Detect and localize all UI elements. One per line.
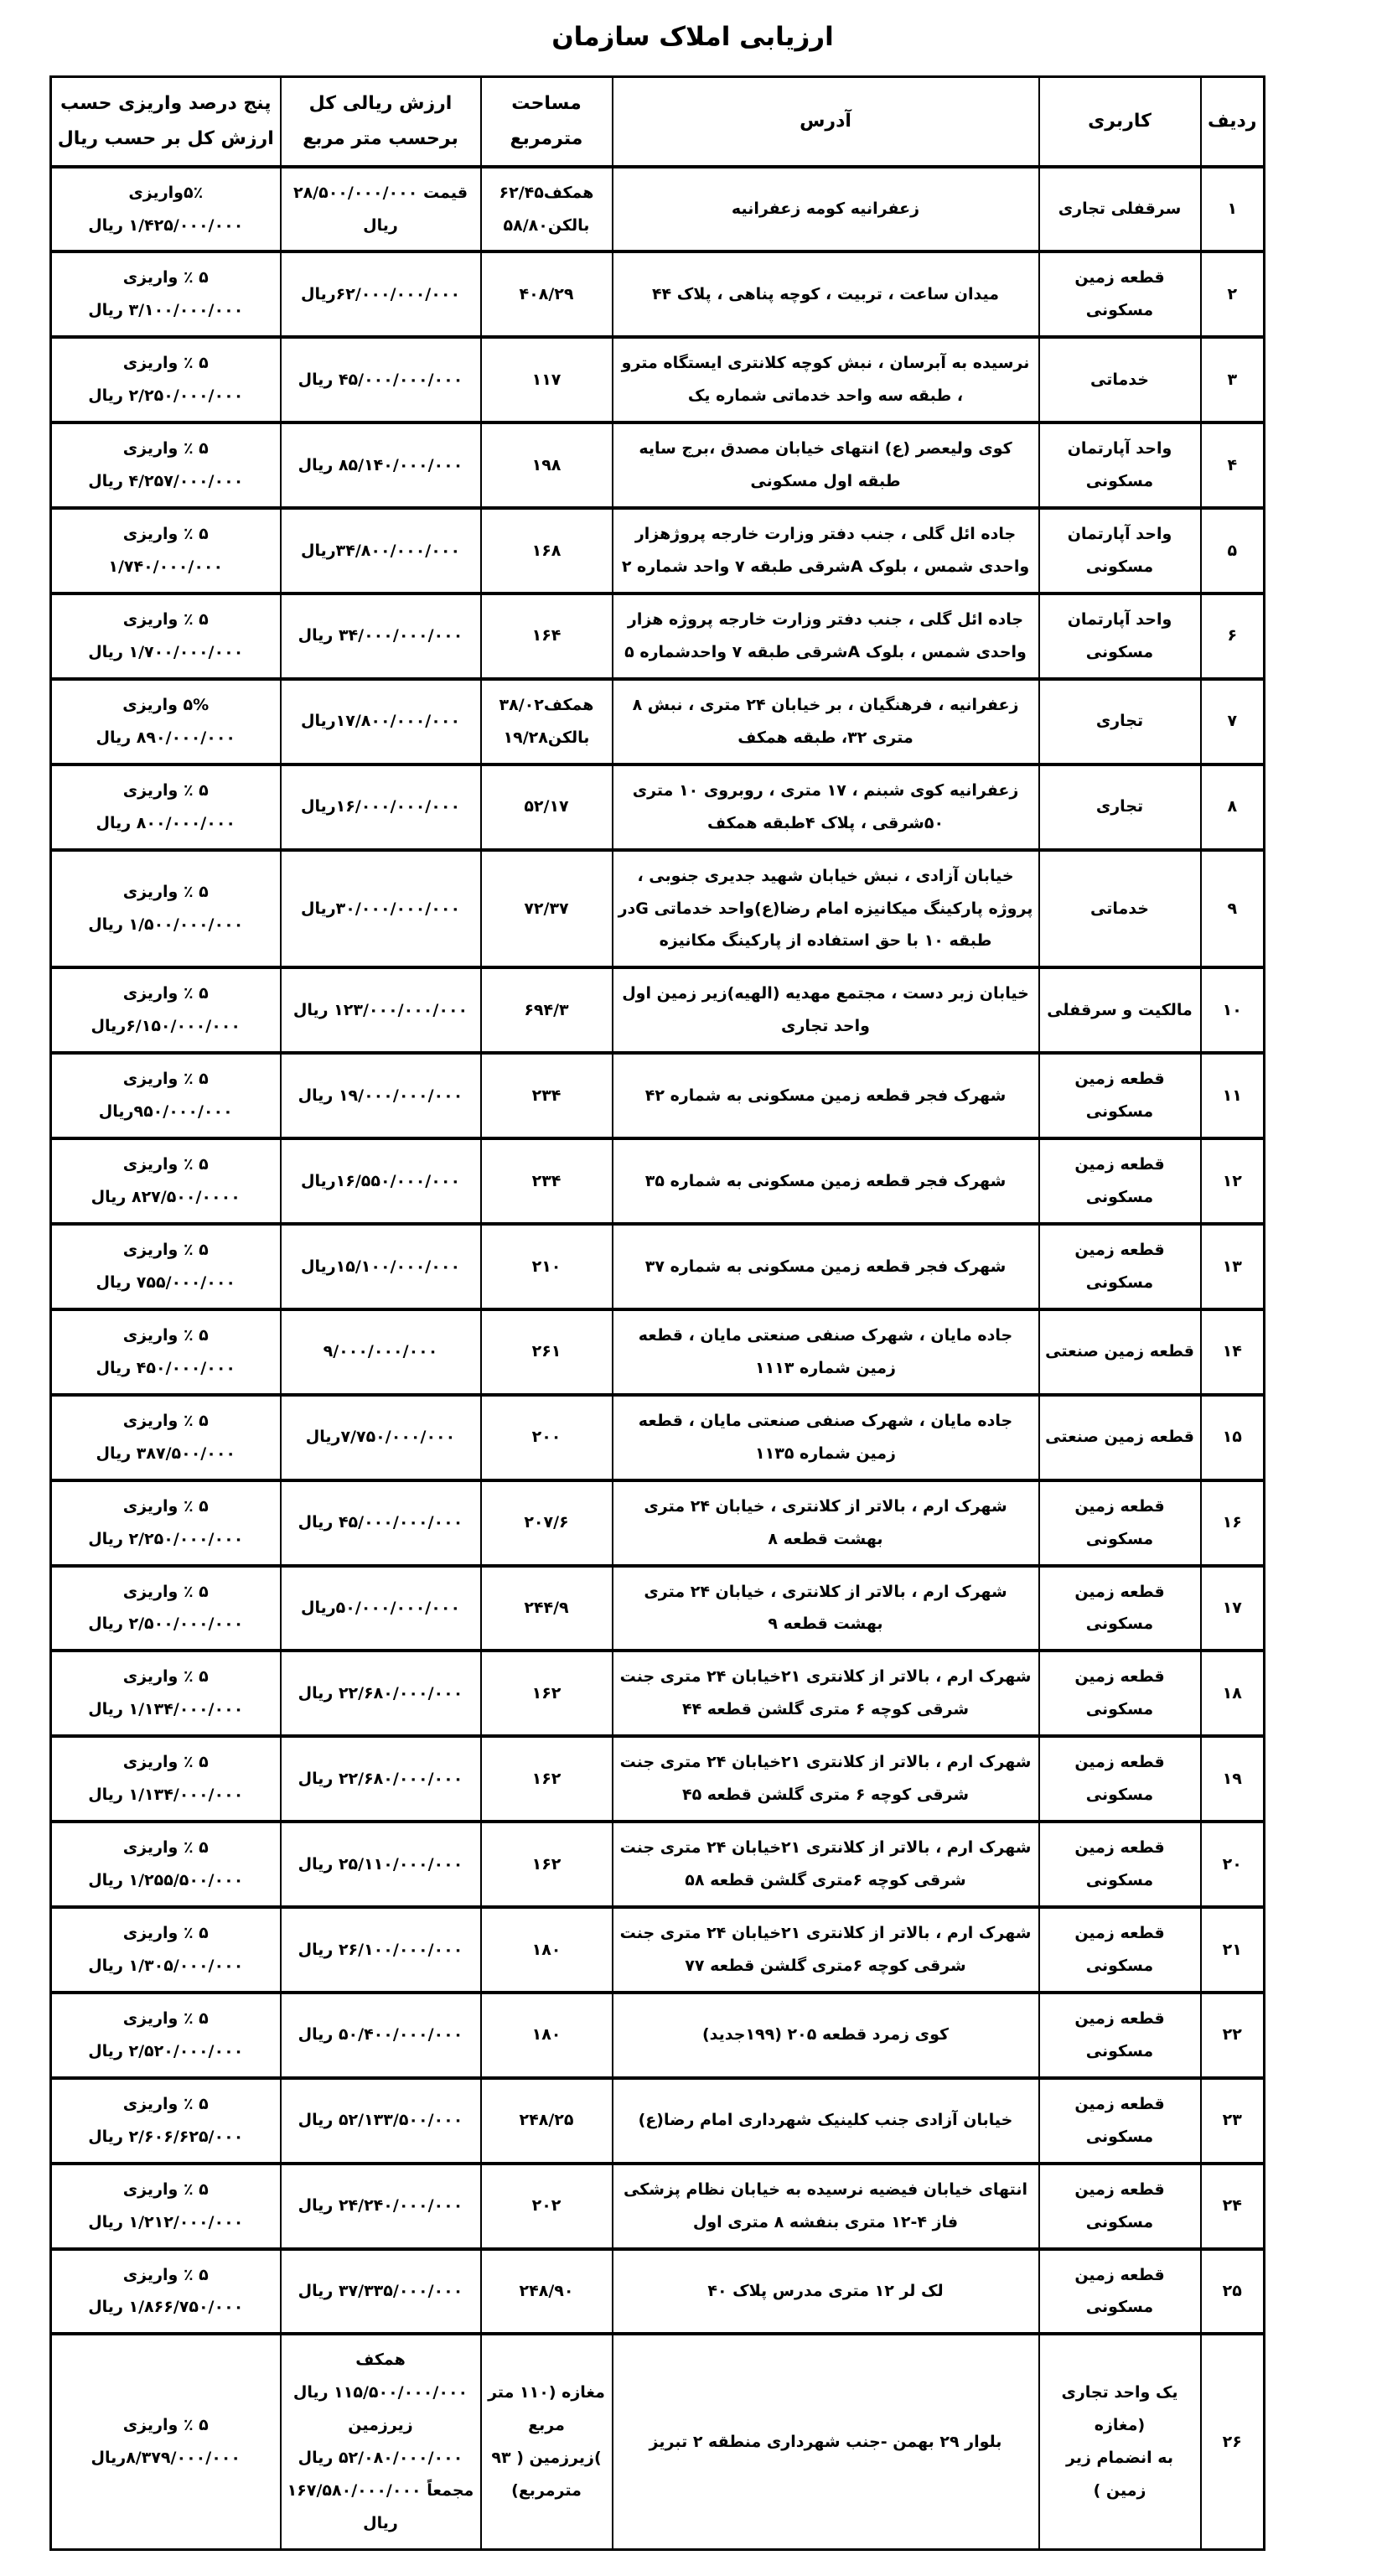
address-cell: شهرک ارم ، بالاتر از کلانتری ۲۱خیابان ۲۴… <box>613 1651 1039 1736</box>
usage-cell: قطعه زمین مسکونی <box>1039 251 1201 337</box>
header-row: ردیف کاربری آدرس مساحت مترمربع ارزش ریال… <box>51 77 1265 167</box>
total-value-cell: قیمت ۲۸/۵۰۰/۰۰۰/۰۰۰ ریال <box>281 167 481 252</box>
table-row: ۷ تجاری زعفرانیه ، فرهنگیان ، بر خیابان … <box>51 679 1265 765</box>
table-row: ۱۷ قطعه زمین مسکونی شهرک ارم ، بالاتر از… <box>51 1566 1265 1651</box>
deposit-cell: ۵ ٪ واریزی ۸۲۷/۵۰۰/۰۰۰۰ ریال <box>51 1138 281 1224</box>
address-cell: خیابان آزادی جنب کلینیک شهرداری امام رضا… <box>613 2078 1039 2164</box>
table-row: ۱۴ قطعه زمین صنعتی جاده مایان ، شهرک صنف… <box>51 1309 1265 1395</box>
usage-cell: قطعه زمین مسکونی <box>1039 1224 1201 1309</box>
area-cell: ۱۶۲ <box>481 1822 613 1907</box>
table-row: ۲۶ یک واحد تجاری (مغازه به انضمام زیر زم… <box>51 2334 1265 2549</box>
area-cell: ۱۶۲ <box>481 1736 613 1822</box>
total-value-cell: ۲۴/۲۴۰/۰۰۰/۰۰۰ ریال <box>281 2164 481 2249</box>
area-cell: ۲۳۴ <box>481 1138 613 1224</box>
deposit-cell: ۵ ٪ واریزی ۸۰۰/۰۰۰/۰۰۰ ریال <box>51 765 281 850</box>
usage-cell: واحد آپارتمان مسکونی <box>1039 422 1201 508</box>
total-value-cell: ۲۲/۶۸۰/۰۰۰/۰۰۰ ریال <box>281 1651 481 1736</box>
deposit-cell: ۵ ٪ واریزی ۷۵۵/۰۰۰/۰۰۰ ریال <box>51 1224 281 1309</box>
row-number-cell: ۱۰ <box>1201 967 1265 1053</box>
column-header-address: آدرس <box>613 77 1039 167</box>
row-number-cell: ۲۵ <box>1201 2249 1265 2335</box>
table-row: ۱۸ قطعه زمین مسکونی شهرک ارم ، بالاتر از… <box>51 1651 1265 1736</box>
usage-cell: یک واحد تجاری (مغازه به انضمام زیر زمین … <box>1039 2334 1201 2549</box>
table-row: ۸ تجاری زعفرانیه کوی شبنم ، ۱۷ متری ، رو… <box>51 765 1265 850</box>
table-row: ۱۰ مالکیت و سرقفلی خیابان زبر دست ، مجتم… <box>51 967 1265 1053</box>
area-cell: ۲۳۴ <box>481 1053 613 1138</box>
address-cell: جاده مایان ، شهرک صنفی صنعتی مایان ، قطع… <box>613 1309 1039 1395</box>
row-number-cell: ۹ <box>1201 850 1265 968</box>
row-number-cell: ۱۱ <box>1201 1053 1265 1138</box>
usage-cell: قطعه زمین مسکونی <box>1039 2249 1201 2335</box>
address-cell: جاده ائل گلی ، جنب دفتر وزارت خارجه پروژ… <box>613 593 1039 679</box>
address-cell: میدان ساعت ، تربیت ، کوچه پناهی ، پلاک ۴… <box>613 251 1039 337</box>
usage-cell: قطعه زمین مسکونی <box>1039 1736 1201 1822</box>
usage-cell: قطعه زمین مسکونی <box>1039 2164 1201 2249</box>
row-number-cell: ۶ <box>1201 593 1265 679</box>
total-value-cell: ۲۲/۶۸۰/۰۰۰/۰۰۰ ریال <box>281 1736 481 1822</box>
total-value-cell: ۱۶/۵۵۰/۰۰۰/۰۰۰ریال <box>281 1138 481 1224</box>
total-value-cell: ۳۴/۰۰۰/۰۰۰/۰۰۰ ریال <box>281 593 481 679</box>
total-value-cell: ۶۲/۰۰۰/۰۰۰/۰۰۰ریال <box>281 251 481 337</box>
deposit-cell: ۵ ٪ واریزی ۱/۸۶۶/۷۵۰/۰۰۰ ریال <box>51 2249 281 2335</box>
usage-cell: خدماتی <box>1039 850 1201 968</box>
deposit-cell: ۵ ٪ واریزی ۱/۷۴۰/۰۰۰/۰۰۰ <box>51 508 281 593</box>
table-row: ۳ خدماتی نرسیده به آبرسان ، نبش کوچه کلا… <box>51 337 1265 422</box>
usage-cell: قطعه زمین صنعتی <box>1039 1309 1201 1395</box>
address-cell: انتهای خیابان فیضیه نرسیده به خیابان نظا… <box>613 2164 1039 2249</box>
table-row: ۲ قطعه زمین مسکونی میدان ساعت ، تربیت ، … <box>51 251 1265 337</box>
usage-cell: سرقفلی تجاری <box>1039 167 1201 252</box>
row-number-cell: ۲۶ <box>1201 2334 1265 2549</box>
address-cell: شهرک ارم ، بالاتر از کلانتری ۲۱خیابان ۲۴… <box>613 1736 1039 1822</box>
column-header-five-percent-deposit: پنج درصد واریزی حسب ارزش کل بر حسب ریال <box>51 77 281 167</box>
usage-cell: واحد آپارتمان مسکونی <box>1039 508 1201 593</box>
table-row: ۲۳ قطعه زمین مسکونی خیابان آزادی جنب کلی… <box>51 2078 1265 2164</box>
total-value-cell: ۴۵/۰۰۰/۰۰۰/۰۰۰ ریال <box>281 1480 481 1566</box>
table-row: ۲۵ قطعه زمین مسکونی لک لر ۱۲ متری مدرس پ… <box>51 2249 1265 2335</box>
address-cell: خیابان زبر دست ، مجتمع مهدیه (الهیه)زیر … <box>613 967 1039 1053</box>
area-cell: همکف۳۸/۰۲ بالکن۱۹/۲۸ <box>481 679 613 765</box>
deposit-cell: ۵ ٪ واریزی ۱/۷۰۰/۰۰۰/۰۰۰ ریال <box>51 593 281 679</box>
address-cell: کوی ولیعصر (ع) انتهای خیابان مصدق ،برج س… <box>613 422 1039 508</box>
address-cell: زعفرانیه کومه زعفرانیه <box>613 167 1039 252</box>
row-number-cell: ۷ <box>1201 679 1265 765</box>
table-row: ۹ خدماتی خیابان آزادی ، نبش خیابان شهید … <box>51 850 1265 968</box>
deposit-cell: ۵ ٪ واریزی ۴/۲۵۷/۰۰۰/۰۰۰ ریال <box>51 422 281 508</box>
table-row: ۱۲ قطعه زمین مسکونی شهرک فجر قطعه زمین م… <box>51 1138 1265 1224</box>
usage-cell: قطعه زمین مسکونی <box>1039 1566 1201 1651</box>
area-cell: ۲۴۴/۹ <box>481 1566 613 1651</box>
deposit-cell: ۵ ٪ واریزی ۳۸۷/۵۰۰/۰۰۰ ریال <box>51 1395 281 1480</box>
row-number-cell: ۱۷ <box>1201 1566 1265 1651</box>
total-value-cell: ۳۷/۳۳۵/۰۰۰/۰۰۰ ریال <box>281 2249 481 2335</box>
deposit-cell: ۵ ٪ واریزی ۲/۲۵۰/۰۰۰/۰۰۰ ریال <box>51 337 281 422</box>
deposit-cell: ۵ ٪ واریزی ۱/۳۰۵/۰۰۰/۰۰۰ ریال <box>51 1907 281 1993</box>
area-cell: ۴۰۸/۲۹ <box>481 251 613 337</box>
address-cell: شهرک ارم ، بالاتر از کلانتری ۲۱خیابان ۲۴… <box>613 1822 1039 1907</box>
usage-cell: قطعه زمین مسکونی <box>1039 1822 1201 1907</box>
total-value-cell: ۵۰/۴۰۰/۰۰۰/۰۰۰ ریال <box>281 1993 481 2078</box>
total-value-cell: همکف ۱۱۵/۵۰۰/۰۰۰/۰۰۰ ریال زیرزمین ۵۲/۰۸۰… <box>281 2334 481 2549</box>
area-cell: ۵۲/۱۷ <box>481 765 613 850</box>
deposit-cell: ۵ ٪ واریزی ۲/۵۰۰/۰۰۰/۰۰۰ ریال <box>51 1566 281 1651</box>
total-value-cell: ۷/۷۵۰/۰۰۰/۰۰۰ریال <box>281 1395 481 1480</box>
area-cell: ۲۰۷/۶ <box>481 1480 613 1566</box>
deposit-cell: ۵ ٪ واریزی ۱/۵۰۰/۰۰۰/۰۰۰ ریال <box>51 850 281 968</box>
address-cell: شهرک ارم ، بالاتر از کلانتری ، خیابان ۲۴… <box>613 1566 1039 1651</box>
total-value-cell: ۴۵/۰۰۰/۰۰۰/۰۰۰ ریال <box>281 337 481 422</box>
address-cell: جاده ائل گلی ، جنب دفتر وزارت خارجه پروژ… <box>613 508 1039 593</box>
area-cell: ۲۴۸/۲۵ <box>481 2078 613 2164</box>
usage-cell: قطعه زمین صنعتی <box>1039 1395 1201 1480</box>
row-number-cell: ۸ <box>1201 765 1265 850</box>
total-value-cell: ۳۴/۸۰۰/۰۰۰/۰۰۰ریال <box>281 508 481 593</box>
usage-cell: قطعه زمین مسکونی <box>1039 1907 1201 1993</box>
document-page: ارزیابی املاک سازمان ردیف کاربری آدرس مس… <box>0 0 1387 2576</box>
column-header-total-value: ارزش ریالی کل برحسب متر مربع <box>281 77 481 167</box>
row-number-cell: ۱۶ <box>1201 1480 1265 1566</box>
area-cell: ۱۸۰ <box>481 1993 613 2078</box>
total-value-cell: ۵۲/۱۳۳/۵۰۰/۰۰۰ ریال <box>281 2078 481 2164</box>
table-row: ۱۳ قطعه زمین مسکونی شهرک فجر قطعه زمین م… <box>51 1224 1265 1309</box>
row-number-cell: ۱ <box>1201 167 1265 252</box>
area-cell: ۱۹۸ <box>481 422 613 508</box>
area-cell: ۶۹۴/۳ <box>481 967 613 1053</box>
deposit-cell: ۵ ٪ واریزی ۱/۲۱۲/۰۰۰/۰۰۰ ریال <box>51 2164 281 2249</box>
area-cell: ۲۴۸/۹۰ <box>481 2249 613 2335</box>
area-cell: مغازه (۱۱۰ متر مربع )زیرزمین ( ۹۳ مترمرب… <box>481 2334 613 2549</box>
table-row: ۱ سرقفلی تجاری زعفرانیه کومه زعفرانیه هم… <box>51 167 1265 252</box>
usage-cell: قطعه زمین مسکونی <box>1039 1053 1201 1138</box>
total-value-cell: ۱۷/۸۰۰/۰۰۰/۰۰۰ریال <box>281 679 481 765</box>
row-number-cell: ۴ <box>1201 422 1265 508</box>
table-header: ردیف کاربری آدرس مساحت مترمربع ارزش ریال… <box>51 77 1265 167</box>
area-cell: همکف۶۲/۴۵ بالکن۵۸/۸۰ <box>481 167 613 252</box>
table-row: ۶ واحد آپارتمان مسکونی جاده ائل گلی ، جن… <box>51 593 1265 679</box>
area-cell: ۱۶۲ <box>481 1651 613 1736</box>
address-cell: زعفرانیه ، فرهنگیان ، بر خیابان ۲۴ متری … <box>613 679 1039 765</box>
table-row: ۲۲ قطعه زمین مسکونی کوی زمرد قطعه ۲۰۵ (۱… <box>51 1993 1265 2078</box>
table-row: ۲۱ قطعه زمین مسکونی شهرک ارم ، بالاتر از… <box>51 1907 1265 1993</box>
total-value-cell: ۵۰/۰۰۰/۰۰۰/۰۰۰ریال <box>281 1566 481 1651</box>
usage-cell: قطعه زمین مسکونی <box>1039 1993 1201 2078</box>
row-number-cell: ۱۲ <box>1201 1138 1265 1224</box>
area-cell: ۱۸۰ <box>481 1907 613 1993</box>
row-number-cell: ۲ <box>1201 251 1265 337</box>
table-row: ۵ واحد آپارتمان مسکونی جاده ائل گلی ، جن… <box>51 508 1265 593</box>
row-number-cell: ۳ <box>1201 337 1265 422</box>
deposit-cell: ۵% واریزی ۸۹۰/۰۰۰/۰۰۰ ریال <box>51 679 281 765</box>
row-number-cell: ۱۹ <box>1201 1736 1265 1822</box>
usage-cell: تجاری <box>1039 679 1201 765</box>
row-number-cell: ۱۴ <box>1201 1309 1265 1395</box>
row-number-cell: ۲۱ <box>1201 1907 1265 1993</box>
deposit-cell: ۵ ٪ واریزی ۶/۱۵۰/۰۰۰/۰۰۰ریال <box>51 967 281 1053</box>
row-number-cell: ۵ <box>1201 508 1265 593</box>
total-value-cell: ۱۲۳/۰۰۰/۰۰۰/۰۰۰ ریال <box>281 967 481 1053</box>
deposit-cell: ۵ ٪ واریزی ۴۵۰/۰۰۰/۰۰۰ ریال <box>51 1309 281 1395</box>
area-cell: ۱۶۸ <box>481 508 613 593</box>
area-cell: ۲۱۰ <box>481 1224 613 1309</box>
usage-cell: قطعه زمین مسکونی <box>1039 1480 1201 1566</box>
row-number-cell: ۲۲ <box>1201 1993 1265 2078</box>
address-cell: شهرک فجر قطعه زمین مسکونی به شماره ۳۵ <box>613 1138 1039 1224</box>
usage-cell: واحد آپارتمان مسکونی <box>1039 593 1201 679</box>
table-row: ۴ واحد آپارتمان مسکونی کوی ولیعصر (ع) ان… <box>51 422 1265 508</box>
area-cell: ۲۰۲ <box>481 2164 613 2249</box>
deposit-cell: ۵ ٪ واریزی ۱/۱۳۴/۰۰۰/۰۰۰ ریال <box>51 1651 281 1736</box>
address-cell: شهرک ارم ، بالاتر از کلانتری ۲۱خیابان ۲۴… <box>613 1907 1039 1993</box>
table-row: ۲۴ قطعه زمین مسکونی انتهای خیابان فیضیه … <box>51 2164 1265 2249</box>
total-value-cell: ۹/۰۰۰/۰۰۰/۰۰۰ <box>281 1309 481 1395</box>
table-row: ۱۹ قطعه زمین مسکونی شهرک ارم ، بالاتر از… <box>51 1736 1265 1822</box>
property-evaluation-table: ردیف کاربری آدرس مساحت مترمربع ارزش ریال… <box>49 75 1265 2551</box>
column-header-row-number: ردیف <box>1201 77 1265 167</box>
address-cell: شهرک فجر قطعه زمین مسکونی به شماره ۳۷ <box>613 1224 1039 1309</box>
address-cell: نرسیده به آبرسان ، نبش کوچه کلانتری ایست… <box>613 337 1039 422</box>
area-cell: ۷۲/۳۷ <box>481 850 613 968</box>
usage-cell: قطعه زمین مسکونی <box>1039 1138 1201 1224</box>
total-value-cell: ۸۵/۱۴۰/۰۰۰/۰۰۰ ریال <box>281 422 481 508</box>
deposit-cell: ۵ ٪ واریزی ۲/۵۲۰/۰۰۰/۰۰۰ ریال <box>51 1993 281 2078</box>
address-cell: کوی زمرد قطعه ۲۰۵ (۱۹۹جدید) <box>613 1993 1039 2078</box>
total-value-cell: ۱۹/۰۰۰/۰۰۰/۰۰۰ ریال <box>281 1053 481 1138</box>
usage-cell: تجاری <box>1039 765 1201 850</box>
table-row: ۱۱ قطعه زمین مسکونی شهرک فجر قطعه زمین م… <box>51 1053 1265 1138</box>
deposit-cell: ۵ ٪ واریزی ۸/۳۷۹/۰۰۰/۰۰۰ریال <box>51 2334 281 2549</box>
total-value-cell: ۱۵/۱۰۰/۰۰۰/۰۰۰ریال <box>281 1224 481 1309</box>
column-header-usage: کاربری <box>1039 77 1201 167</box>
column-header-area: مساحت مترمربع <box>481 77 613 167</box>
deposit-cell: ۵٪واریزی ۱/۴۲۵/۰۰۰/۰۰۰ ریال <box>51 167 281 252</box>
table-body: ۱ سرقفلی تجاری زعفرانیه کومه زعفرانیه هم… <box>51 167 1265 2550</box>
usage-cell: قطعه زمین مسکونی <box>1039 1651 1201 1736</box>
deposit-cell: ۵ ٪ واریزی ۱/۱۳۴/۰۰۰/۰۰۰ ریال <box>51 1736 281 1822</box>
table-row: ۲۰ قطعه زمین مسکونی شهرک ارم ، بالاتر از… <box>51 1822 1265 1907</box>
area-cell: ۱۱۷ <box>481 337 613 422</box>
address-cell: شهرک فجر قطعه زمین مسکونی به شماره ۴۲ <box>613 1053 1039 1138</box>
total-value-cell: ۲۶/۱۰۰/۰۰۰/۰۰۰ ریال <box>281 1907 481 1993</box>
total-value-cell: ۲۵/۱۱۰/۰۰۰/۰۰۰ ریال <box>281 1822 481 1907</box>
area-cell: ۲۶۱ <box>481 1309 613 1395</box>
address-cell: لک لر ۱۲ متری مدرس پلاک ۴۰ <box>613 2249 1039 2335</box>
row-number-cell: ۱۸ <box>1201 1651 1265 1736</box>
address-cell: زعفرانیه کوی شبنم ، ۱۷ متری ، روبروی ۱۰ … <box>613 765 1039 850</box>
table-row: ۱۶ قطعه زمین مسکونی شهرک ارم ، بالاتر از… <box>51 1480 1265 1566</box>
deposit-cell: ۵ ٪ واریزی ۲/۶۰۶/۶۲۵/۰۰۰ ریال <box>51 2078 281 2164</box>
address-cell: خیابان آزادی ، نبش خیابان شهید جدیری جنو… <box>613 850 1039 968</box>
usage-cell: مالکیت و سرقفلی <box>1039 967 1201 1053</box>
row-number-cell: ۱۵ <box>1201 1395 1265 1480</box>
table-row: ۱۵ قطعه زمین صنعتی جاده مایان ، شهرک صنف… <box>51 1395 1265 1480</box>
deposit-cell: ۵ ٪ واریزی ۱/۲۵۵/۵۰۰/۰۰۰ ریال <box>51 1822 281 1907</box>
usage-cell: خدماتی <box>1039 337 1201 422</box>
deposit-cell: ۵ ٪ واریزی ۹۵۰/۰۰۰/۰۰۰ریال <box>51 1053 281 1138</box>
address-cell: بلوار ۲۹ بهمن -جنب شهرداری منطقه ۲ تبریز <box>613 2334 1039 2549</box>
deposit-cell: ۵ ٪ واریزی ۳/۱۰۰/۰۰۰/۰۰۰ ریال <box>51 251 281 337</box>
row-number-cell: ۲۳ <box>1201 2078 1265 2164</box>
address-cell: شهرک ارم ، بالاتر از کلانتری ، خیابان ۲۴… <box>613 1480 1039 1566</box>
address-cell: جاده مایان ، شهرک صنفی صنعتی مایان ، قطع… <box>613 1395 1039 1480</box>
area-cell: ۲۰۰ <box>481 1395 613 1480</box>
usage-cell: قطعه زمین مسکونی <box>1039 2078 1201 2164</box>
page-title: ارزیابی املاک سازمان <box>50 22 1335 52</box>
area-cell: ۱۶۴ <box>481 593 613 679</box>
row-number-cell: ۱۳ <box>1201 1224 1265 1309</box>
deposit-cell: ۵ ٪ واریزی ۲/۲۵۰/۰۰۰/۰۰۰ ریال <box>51 1480 281 1566</box>
row-number-cell: ۲۰ <box>1201 1822 1265 1907</box>
total-value-cell: ۳۰/۰۰۰/۰۰۰/۰۰۰ریال <box>281 850 481 968</box>
total-value-cell: ۱۶/۰۰۰/۰۰۰/۰۰۰ریال <box>281 765 481 850</box>
row-number-cell: ۲۴ <box>1201 2164 1265 2249</box>
